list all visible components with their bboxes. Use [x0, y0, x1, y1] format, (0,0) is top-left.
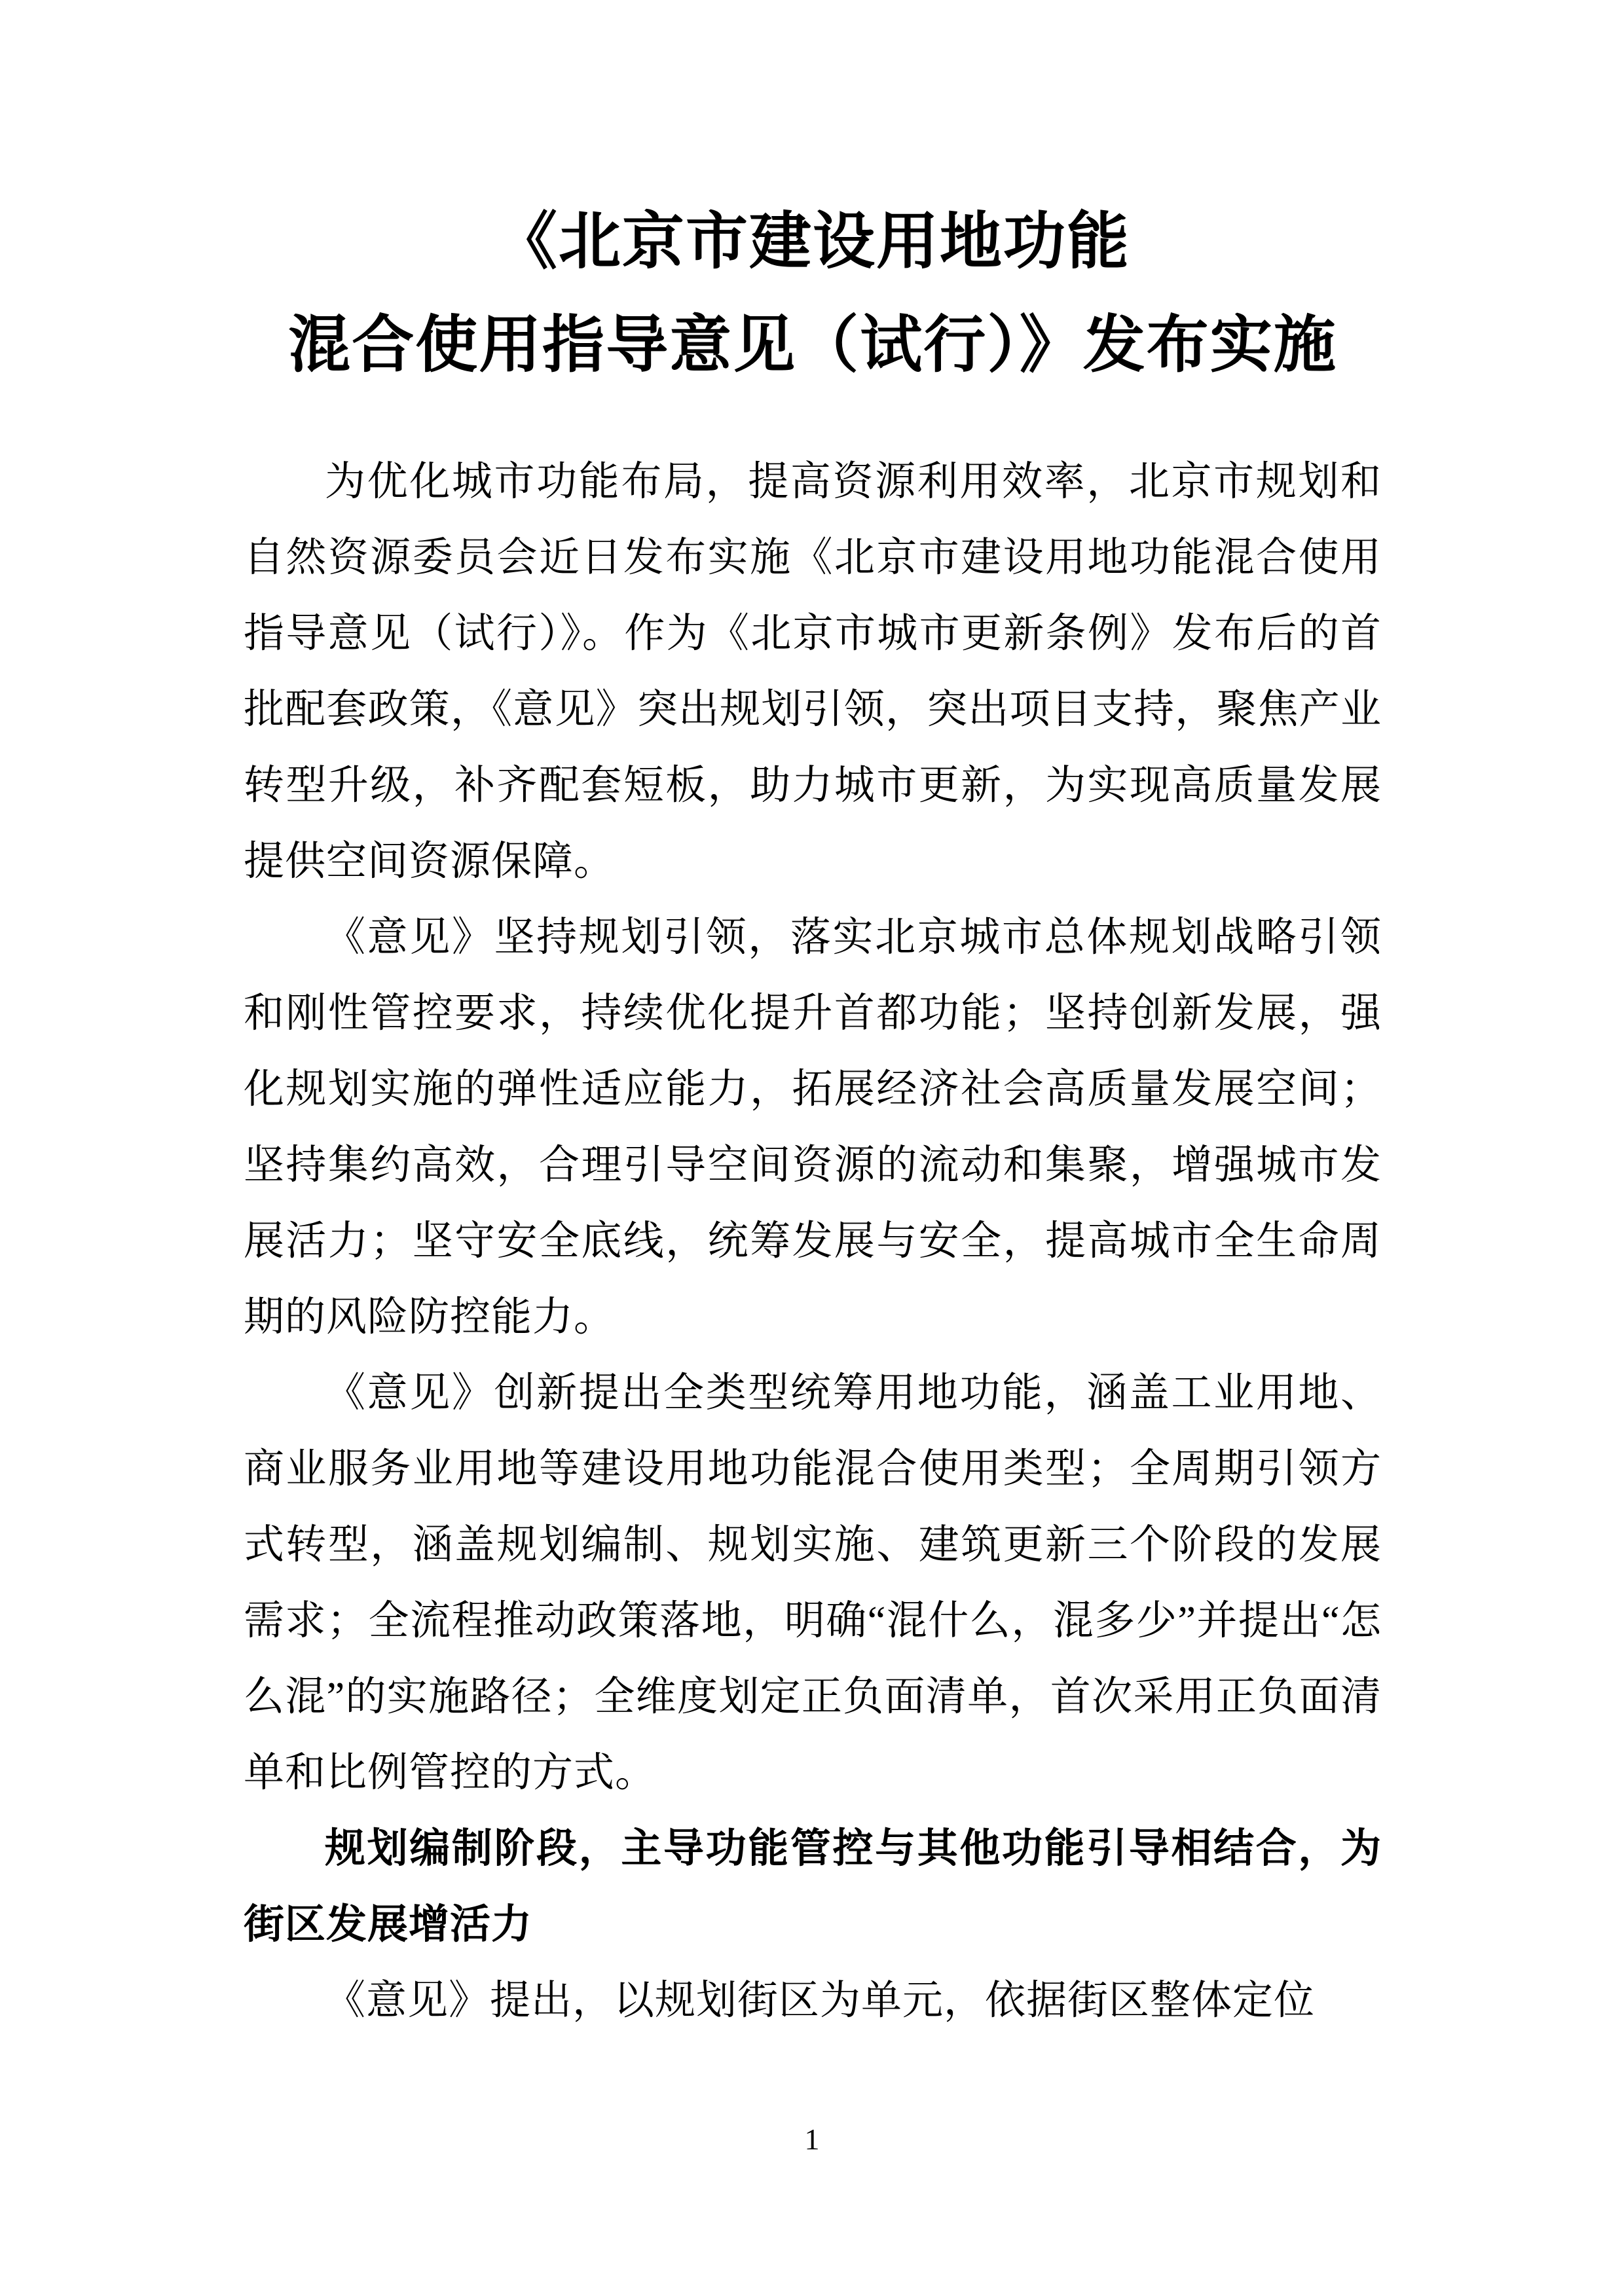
document-content: 《北京市建设用地功能 混合使用指导意见（试行）》发布实施 为优化城市功能布局，提… [244, 190, 1382, 2039]
document-page: 《北京市建设用地功能 混合使用指导意见（试行）》发布实施 为优化城市功能布局，提… [0, 0, 1624, 2296]
section-heading-planning-stage: 规划编制阶段，主导功能管控与其他功能引导相结合，为街区发展增活力 [244, 1811, 1382, 1963]
paragraph-principles: 《意见》坚持规划引领，落实北京城市总体规划战略引领和刚性管控要求，持续优化提升首… [244, 900, 1382, 1355]
title-line-1: 《北京市建设用地功能 [244, 190, 1382, 293]
paragraph-innovations: 《意见》创新提出全类型统筹用地功能，涵盖工业用地、商业服务业用地等建设用地功能混… [244, 1355, 1382, 1811]
document-title: 《北京市建设用地功能 混合使用指导意见（试行）》发布实施 [244, 190, 1382, 397]
paragraph-block-unit: 《意见》提出，以规划街区为单元，依据街区整体定位 [244, 1963, 1382, 2039]
title-line-2: 混合使用指导意见（试行）》发布实施 [244, 293, 1382, 397]
paragraph-intro: 为优化城市功能布局，提高资源利用效率，北京市规划和自然资源委员会近日发布实施《北… [244, 444, 1382, 900]
page-number: 1 [0, 2120, 1624, 2159]
